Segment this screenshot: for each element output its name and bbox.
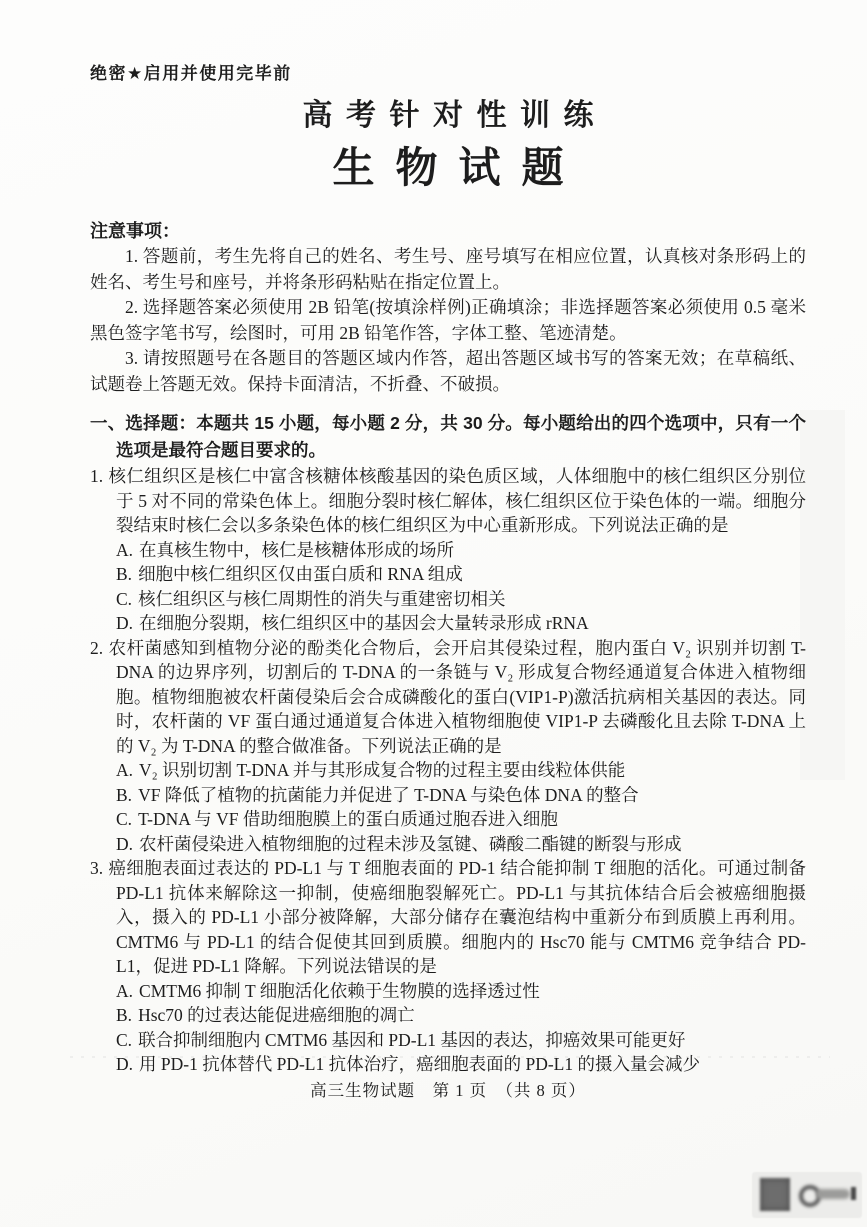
exam-title: 高考针对性训练 [90,98,806,134]
page-footer: 高三生物试题 第 1 页 （共 8 页） [90,1081,806,1101]
question-2: 2.农杆菌感知到植物分泌的酚类化合物后，会开启其侵染过程，胞内蛋白 V₂ 识别并… [90,636,806,857]
question-3-stem: 3.癌细胞表面过表达的 PD-L1 与 T 细胞表面的 PD-1 结合能抑制 T… [90,856,806,979]
question-1-option-d: D.在细胞分裂期，核仁组织区中的基因会大量转录形成 rRNA [116,611,806,636]
question-2-stem: 2.农杆菌感知到植物分泌的酚类化合物后，会开启其侵染过程，胞内蛋白 V₂ 识别并… [90,636,806,759]
option-text: 细胞中核仁组织区仅由蛋白质和 RNA 组成 [138,564,463,584]
option-label: B. [116,1005,132,1025]
option-label: D. [116,1054,133,1074]
option-label: A. [116,981,133,1001]
blurred-logo-stamp-icon [752,1172,862,1218]
question-1: 1.核仁组织区是核仁中富含核糖体核酸基因的染色质区域，人体细胞中的核仁组织区分别… [90,464,806,636]
notice-section: 注意事项： 1. 答题前，考生先将自己的姓名、考生号、座号填写在相应位置，认真核… [90,219,806,397]
notice-heading: 注意事项： [90,219,806,244]
question-1-number: 1. [90,466,103,486]
stamp-square-shape [760,1178,790,1211]
option-label: A. [116,760,133,780]
option-text: V₂ 识别切割 T-DNA 并与其形成复合物的过程主要由线粒体供能 [139,760,625,780]
question-2-number: 2. [90,638,103,658]
notice-item-2: 2. 选择题答案必须使用 2B 铅笔(按填涂样例)正确填涂；非选择题答案必须使用… [90,295,806,346]
question-1-option-a: A.在真核生物中，核仁是核糖体形成的场所 [116,538,806,563]
option-label: D. [116,834,133,854]
option-text: VF 降低了植物的抗菌能力并促进了 T-DNA 与染色体 DNA 的整合 [138,785,639,805]
section-heading: 一、选择题：本题共 15 小题，每小题 2 分，共 30 分。每小题给出的四个选… [90,410,806,464]
page-content: 绝密★启用并使用完毕前 高考针对性训练 生物试题 注意事项： 1. 答题前，考生… [90,0,806,1101]
question-3-number: 3. [90,858,103,878]
option-text: T-DNA 与 VF 借助细胞膜上的蛋白质通过胞吞进入细胞 [138,809,558,829]
question-3-text: 癌细胞表面过表达的 PD-L1 与 T 细胞表面的 PD-1 结合能抑制 T 细… [108,858,806,976]
question-2-text: 农杆菌感知到植物分泌的酚类化合物后，会开启其侵染过程，胞内蛋白 V₂ 识别并切割… [108,638,806,756]
notice-item-1: 1. 答题前，考生先将自己的姓名、考生号、座号填写在相应位置，认真核对条形码上的… [90,244,806,295]
question-1-text: 核仁组织区是核仁中富含核糖体核酸基因的染色质区域，人体细胞中的核仁组织区分别位于… [108,466,806,535]
option-text: CMTM6 抑制 T 细胞活化依赖于生物膜的选择透过性 [139,981,540,1001]
option-label: C. [116,809,132,829]
question-3-option-a: A.CMTM6 抑制 T 细胞活化依赖于生物膜的选择透过性 [116,979,806,1004]
scan-artifact-band [800,410,845,780]
question-2-option-d: D.农杆菌侵染进入植物细胞的过程未涉及氢键、磷酸二酯键的断裂与形成 [116,832,806,857]
question-2-option-c: C.T-DNA 与 VF 借助细胞膜上的蛋白质通过胞吞进入细胞 [116,807,806,832]
question-3-option-b: B.Hsc70 的过表达能促进癌细胞的凋亡 [116,1003,806,1028]
option-label: C. [116,589,132,609]
option-label: A. [116,540,133,560]
option-text: 在细胞分裂期，核仁组织区中的基因会大量转录形成 rRNA [139,613,589,633]
option-text: 在真核生物中，核仁是核糖体形成的场所 [139,540,454,560]
question-1-stem: 1.核仁组织区是核仁中富含核糖体核酸基因的染色质区域，人体细胞中的核仁组织区分别… [90,464,806,538]
option-text: 用 PD-1 抗体替代 PD-L1 抗体治疗，癌细胞表面的 PD-L1 的摄入量… [139,1054,700,1074]
question-3-option-c: C.联合抑制细胞内 CMTM6 基因和 PD-L1 基因的表达，抑癌效果可能更好 [116,1028,806,1053]
exam-paper-page: 绝密★启用并使用完毕前 高考针对性训练 生物试题 注意事项： 1. 答题前，考生… [0,0,867,1227]
option-label: B. [116,564,132,584]
option-label: B. [116,785,132,805]
security-label: 绝密★启用并使用完毕前 [90,64,806,84]
question-2-option-a: A.V₂ 识别切割 T-DNA 并与其形成复合物的过程主要由线粒体供能 [116,758,806,783]
option-text: Hsc70 的过表达能促进癌细胞的凋亡 [138,1005,415,1025]
question-1-option-c: C.核仁组织区与核仁周期性的消失与重建密切相关 [116,587,806,612]
option-text: 联合抑制细胞内 CMTM6 基因和 PD-L1 基因的表达，抑癌效果可能更好 [138,1030,685,1050]
question-1-option-b: B.细胞中核仁组织区仅由蛋白质和 RNA 组成 [116,562,806,587]
question-3: 3.癌细胞表面过表达的 PD-L1 与 T 细胞表面的 PD-1 结合能抑制 T… [90,856,806,1077]
stamp-bar-shape [816,1189,850,1199]
option-label: D. [116,613,133,633]
question-3-option-d: D.用 PD-1 抗体替代 PD-L1 抗体治疗，癌细胞表面的 PD-L1 的摄… [116,1052,806,1077]
exam-subtitle: 生物试题 [90,143,806,193]
stamp-tick-shape [851,1187,856,1200]
option-label: C. [116,1030,132,1050]
option-text: 核仁组织区与核仁周期性的消失与重建密切相关 [138,589,506,609]
option-text: 农杆菌侵染进入植物细胞的过程未涉及氢键、磷酸二酯键的断裂与形成 [139,834,682,854]
notice-item-3: 3. 请按照题号在各题目的答题区域内作答，超出答题区域书写的答案无效；在草稿纸、… [90,346,806,397]
question-2-option-b: B.VF 降低了植物的抗菌能力并促进了 T-DNA 与染色体 DNA 的整合 [116,783,806,808]
